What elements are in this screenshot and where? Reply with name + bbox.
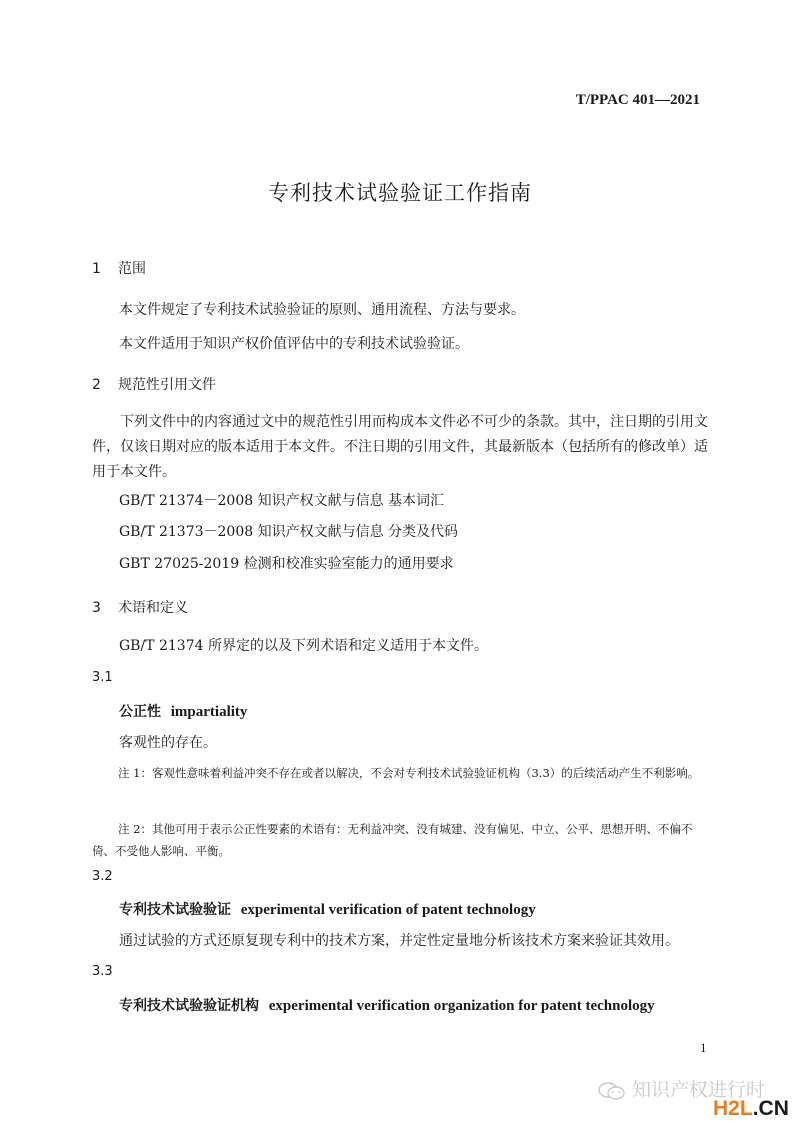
section-number: 2 — [92, 377, 118, 393]
section-1-heading: 1范围 — [92, 258, 146, 278]
section-number: 1 — [92, 261, 118, 277]
term-zh: 公正性 — [119, 704, 161, 720]
note: 注 2：其他可用于表示公正性要素的术语有：无利益冲突、没有城建、没有偏见、中立、… — [92, 818, 712, 862]
term-number: 3.2 — [92, 869, 113, 884]
page-number: 1 — [700, 1040, 707, 1056]
term-number: 3.3 — [92, 964, 113, 979]
term-en: experimental verification organization f… — [269, 998, 655, 1014]
section-2-heading: 2规范性引用文件 — [92, 374, 216, 394]
term-title: 专利技术试验验证 experimental verification of pa… — [119, 899, 536, 919]
site-logo: H2L.CN — [713, 1097, 789, 1121]
term-definition: 客观性的存在。 — [119, 731, 217, 755]
section-title: 范围 — [118, 261, 146, 277]
site-logo-part: H2L — [713, 1097, 753, 1120]
term-definition: 通过试验的方式还原复现专利中的技术方案，并定性定量地分析该技术方案来验证其效用。 — [119, 929, 679, 953]
term-zh: 专利技术试验验证 — [119, 902, 231, 918]
term-title: 专利技术试验验证机构 experimental verification org… — [119, 995, 655, 1015]
section-title: 术语和定义 — [118, 600, 188, 616]
paragraph: 下列文件中的内容通过文中的规范性引用而构成本文件必不可少的条款。其中，注日期的引… — [92, 410, 712, 485]
paragraph: 本文件规定了专利技术试验验证的原则、通用流程、方法与要求。 — [119, 298, 525, 322]
note: 注 1：客观性意味着利益冲突不存在或者以解决，不会对专利技术试验验证机构（3.3… — [92, 762, 712, 784]
paragraph: 本文件适用于知识产权价值评估中的专利技术试验验证。 — [119, 332, 469, 356]
paragraph: GB/T 21374 所界定的以及下列术语和定义适用于本文件。 — [119, 634, 488, 658]
reference-item: GB/T 21373－2008 知识产权文献与信息 分类及代码 — [119, 520, 458, 544]
reference-item: GBT 27025-2019 检测和校准实验室能力的通用要求 — [119, 552, 454, 576]
section-3-heading: 3术语和定义 — [92, 597, 188, 617]
wechat-icon — [598, 1081, 626, 1101]
document-title: 专利技术试验验证工作指南 — [0, 177, 800, 207]
term-zh: 专利技术试验验证机构 — [119, 998, 259, 1014]
term-number: 3.1 — [92, 670, 113, 685]
section-number: 3 — [92, 600, 118, 616]
site-logo-part: .CN — [753, 1097, 789, 1120]
document-code: T/PPAC 401—2021 — [576, 92, 700, 109]
term-title: 公正性 impartiality — [119, 701, 247, 721]
section-title: 规范性引用文件 — [118, 377, 216, 393]
term-en: impartiality — [171, 704, 248, 720]
term-en: experimental verification of patent tech… — [241, 902, 536, 918]
reference-item: GB/T 21374－2008 知识产权文献与信息 基本词汇 — [119, 489, 444, 513]
